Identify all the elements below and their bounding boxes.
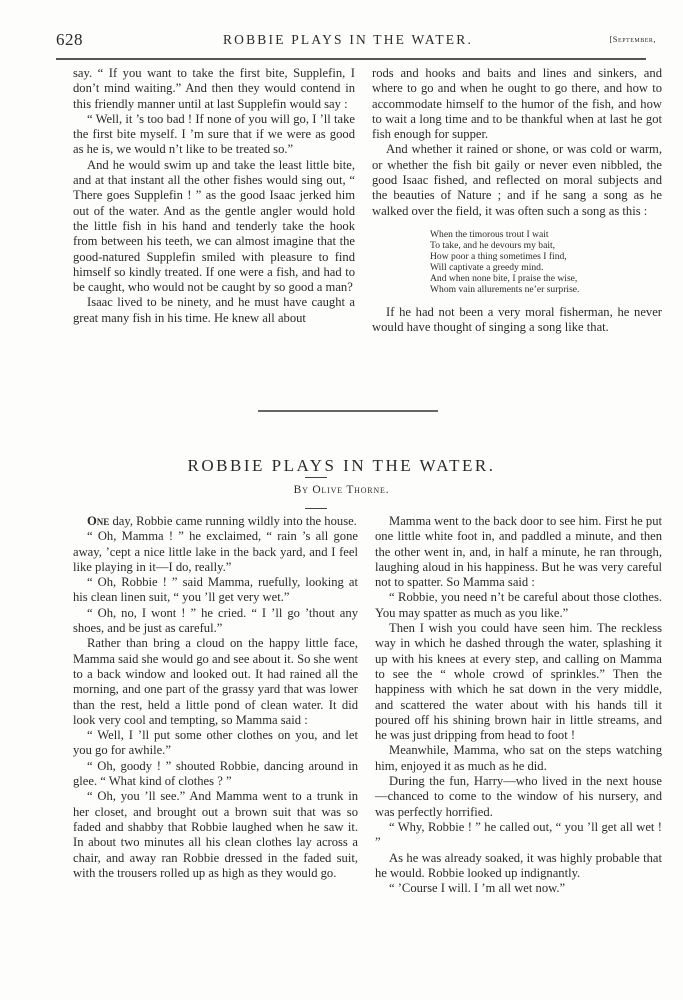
header-rule bbox=[56, 58, 646, 60]
paragraph: “ Oh, no, I wont ! ” he cried. “ I ’ll g… bbox=[73, 606, 358, 637]
opening-paragraph: One day, Robbie came running wildly into… bbox=[73, 514, 358, 529]
poem-line: And when none bite, I praise the wise, bbox=[430, 273, 662, 284]
section-divider bbox=[258, 410, 438, 412]
paragraph: Isaac lived to be ninety, and he must ha… bbox=[73, 295, 355, 326]
article-right-column: Mamma went to the back door to see him. … bbox=[375, 514, 662, 896]
paragraph: Mamma went to the back door to see him. … bbox=[375, 514, 662, 590]
paragraph: rods and hooks and baits and lines and s… bbox=[372, 66, 662, 142]
paragraph: “ Why, Robbie ! ” he called out, “ you ’… bbox=[375, 820, 662, 851]
paragraph: “ Robbie, you need n’t be careful about … bbox=[375, 590, 662, 621]
paragraph: “ Oh, goody ! ” shouted Robbie, dancing … bbox=[73, 759, 358, 790]
paragraph: Meanwhile, Mamma, who sat on the steps w… bbox=[375, 743, 662, 774]
poem-line: To take, and he devours my bait, bbox=[430, 240, 662, 251]
title-dash bbox=[305, 477, 327, 478]
opening-word: One bbox=[87, 514, 109, 528]
article-left-column: One day, Robbie came running wildly into… bbox=[73, 514, 358, 881]
paragraph: Rather than bring a cloud on the happy l… bbox=[73, 636, 358, 728]
paragraph: “ ’Course I will. I ’m all wet now.” bbox=[375, 881, 662, 896]
poem-line: Whom vain allurements ne’er surprise. bbox=[430, 284, 662, 295]
poem-line: How poor a thing sometimes I find, bbox=[430, 251, 662, 262]
paragraph: “ Oh, Robbie ! ” said Mamma, ruefully, l… bbox=[73, 575, 358, 606]
article-title: ROBBIE PLAYS IN THE WATER. bbox=[0, 456, 683, 476]
paragraph: As he was already soaked, it was highly … bbox=[375, 851, 662, 882]
poem-line: When the timorous trout I wait bbox=[430, 229, 662, 240]
opening-text: day, Robbie came running wildly into the… bbox=[109, 514, 357, 528]
paragraph: “ Well, it ’s too bad ! If none of you w… bbox=[73, 112, 355, 158]
paragraph: And he would swim up and take the least … bbox=[73, 158, 355, 296]
paragraph: If he had not been a very moral fisherma… bbox=[372, 305, 662, 336]
poem-line: Will captivate a greedy mind. bbox=[430, 262, 662, 273]
byline-dash bbox=[305, 508, 327, 509]
running-head: 628 ROBBIE PLAYS IN THE WATER. [Septembe… bbox=[48, 30, 648, 50]
previous-article-right-column: rods and hooks and baits and lines and s… bbox=[372, 66, 662, 336]
paragraph: “ Oh, Mamma ! ” he exclaimed, “ rain ’s … bbox=[73, 529, 358, 575]
paragraph: Then I wish you could have seen him. The… bbox=[375, 621, 662, 743]
running-month: [September, bbox=[609, 34, 656, 44]
paragraph: “ Well, I ’ll put some other clothes on … bbox=[73, 728, 358, 759]
paragraph: “ Oh, you ’ll see.” And Mamma went to a … bbox=[73, 789, 358, 881]
byline: By Olive Thorne. bbox=[0, 484, 683, 496]
paragraph: During the fun, Harry—who lived in the n… bbox=[375, 774, 662, 820]
poem: When the timorous trout I wait To take, … bbox=[430, 229, 662, 295]
paragraph: And whether it rained or shone, or was c… bbox=[372, 142, 662, 218]
magazine-page: 628 ROBBIE PLAYS IN THE WATER. [Septembe… bbox=[0, 0, 683, 1000]
paragraph: say. “ If you want to take the first bit… bbox=[73, 66, 355, 112]
running-title: ROBBIE PLAYS IN THE WATER. bbox=[48, 32, 648, 48]
previous-article-left-column: say. “ If you want to take the first bit… bbox=[73, 66, 355, 326]
